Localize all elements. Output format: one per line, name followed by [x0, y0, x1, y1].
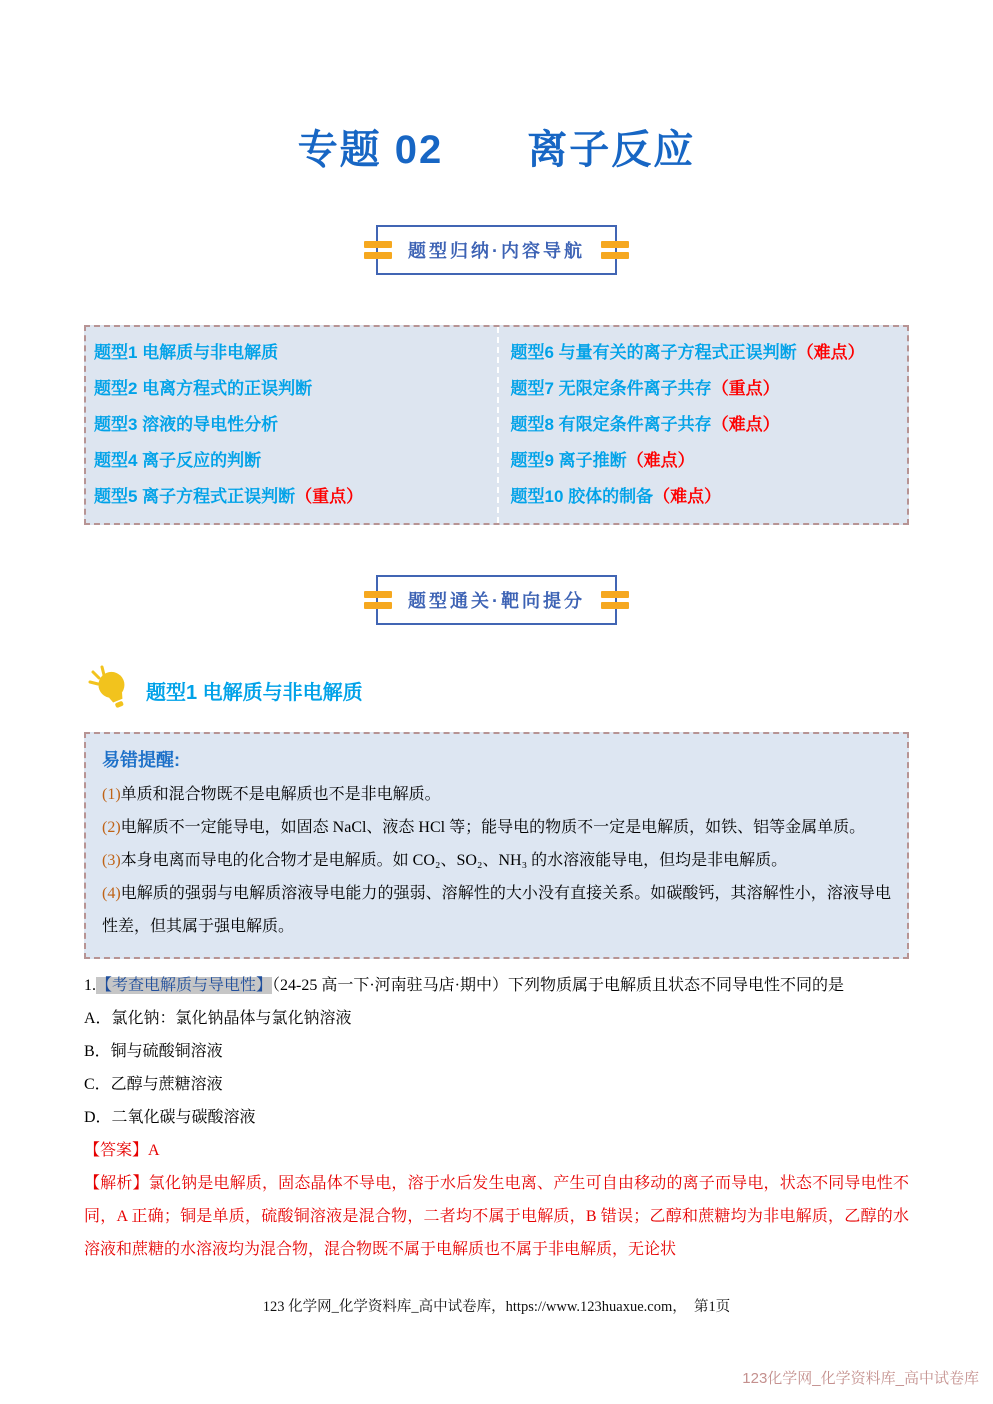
option-a: A．氯化钠：氯化钠晶体与氯化钠溶液 [84, 1002, 909, 1035]
nav-item-label: 题型2 电离方程式的正误判断 [94, 379, 312, 398]
tip-number: (1) [102, 786, 121, 803]
nav-column-left: 题型1 电解质与非电解质 题型2 电离方程式的正误判断 题型3 溶液的导电性分析… [86, 327, 497, 523]
tip-item-1: (1)单质和混合物既不是电解质也不是非电解质。 [102, 778, 891, 811]
tip-item-4: (4)电解质的强弱与电解质溶液导电能力的强弱、溶解性的大小没有直接关系。如碳酸钙… [102, 877, 891, 943]
nav-item-10: 题型10 胶体的制备（难点） [511, 479, 908, 515]
nav-item-label: 题型5 离子方程式正误判断 [94, 487, 295, 506]
nav-item-8: 题型8 有限定条件离子共存（难点） [511, 407, 908, 443]
nav-item-label: 题型10 胶体的制备 [511, 487, 654, 506]
option-b: B．铜与硫酸铜溶液 [84, 1035, 909, 1068]
tip-text: 单质和混合物既不是电解质也不是非电解质。 [121, 786, 441, 803]
banner-boost-label: 题型通关·靶向提分 [408, 591, 585, 611]
lightbulb-icon [88, 665, 130, 716]
question-number: 1. [84, 977, 96, 994]
page-footer: 123 化学网_化学资料库_高中试卷库，https://www.123huaxu… [0, 1295, 993, 1316]
nav-item-label: 题型8 有限定条件离子共存 [511, 415, 712, 434]
nav-item-label: 题型6 与量有关的离子方程式正误判断 [511, 343, 797, 362]
question-stem-text: 下列物质属于电解质且状态不同导电性不同的是 [508, 977, 844, 994]
tip-item-2: (2)电解质不一定能导电，如固态 NaCl、液态 HCl 等；能导电的物质不一定… [102, 811, 891, 844]
page-title: 专题 02 离子反应 [0, 0, 993, 175]
banner-content-nav: 题型归纳·内容导航 [376, 225, 617, 275]
document-page: 专题 02 离子反应 题型归纳·内容导航 题型1 电解质与非电解质 题型2 电离… [0, 0, 993, 1404]
tip-number: (3) [102, 852, 121, 869]
nav-item-label: 题型9 离子推断 [511, 451, 627, 470]
nav-item-tag: （难点） [627, 451, 695, 470]
double-bar-icon [364, 237, 392, 263]
nav-item-tag: （重点） [295, 487, 363, 506]
tip-text: 电解质的强弱与电解质溶液导电能力的强弱、溶解性的大小没有直接关系。如碳酸钙，其溶… [102, 885, 891, 935]
nav-item-tag: （重点） [712, 379, 780, 398]
nav-item-7: 题型7 无限定条件离子共存（重点） [511, 371, 908, 407]
double-bar-icon [601, 237, 629, 263]
nav-column-right: 题型6 与量有关的离子方程式正误判断（难点） 题型7 无限定条件离子共存（重点）… [497, 327, 908, 523]
question-stem: 1.【考查电解质与导电性】（24-25 高一下·河南驻马店·期中）下列物质属于电… [84, 969, 909, 1002]
nav-item-2: 题型2 电离方程式的正误判断 [94, 371, 497, 407]
section-title: 题型1 电解质与非电解质 [146, 676, 363, 705]
double-bar-icon [364, 587, 392, 613]
nav-item-label: 题型7 无限定条件离子共存 [511, 379, 712, 398]
nav-item-9: 题型9 离子推断（难点） [511, 443, 908, 479]
option-d: D．二氧化碳与碳酸溶液 [84, 1101, 909, 1134]
answer-label: 【答案】 [84, 1142, 148, 1159]
answer-line: 【答案】A [84, 1134, 909, 1167]
double-bar-icon [601, 587, 629, 613]
nav-item-label: 题型4 离子反应的判断 [94, 451, 261, 470]
nav-item-label: 题型1 电解质与非电解质 [94, 343, 278, 362]
question-source: （24-25 高一下·河南驻马店·期中） [272, 977, 508, 994]
nav-item-tag: （难点） [653, 487, 721, 506]
analysis-label: 【解析】 [84, 1175, 149, 1192]
question-1: 1.【考查电解质与导电性】（24-25 高一下·河南驻马店·期中）下列物质属于电… [84, 969, 909, 1266]
tip-number: (2) [102, 819, 121, 836]
banner-score-boost: 题型通关·靶向提分 [376, 575, 617, 625]
analysis-paragraph: 【解析】氯化钠是电解质，固态晶体不导电，溶于水后发生电离、产生可自由移动的离子而… [84, 1167, 909, 1266]
nav-item-6: 题型6 与量有关的离子方程式正误判断（难点） [511, 335, 908, 371]
tip-item-3: (3)本身电离而导电的化合物才是电解质。如 CO₂、SO₂、NH₃ 的水溶液能导… [102, 844, 891, 877]
nav-item-4: 题型4 离子反应的判断 [94, 443, 497, 479]
nav-item-tag: （难点） [712, 415, 780, 434]
tip-text: 本身电离而导电的化合物才是电解质。如 CO₂、SO₂、NH₃ 的水溶液能导电，但… [121, 852, 788, 869]
tip-number: (4) [102, 885, 121, 902]
analysis-text: 氯化钠是电解质，固态晶体不导电，溶于水后发生电离、产生可自由移动的离子而导电，状… [84, 1175, 909, 1258]
tips-heading: 易错提醒: [102, 746, 891, 772]
error-reminder-box: 易错提醒: (1)单质和混合物既不是电解质也不是非电解质。 (2)电解质不一定能… [84, 732, 909, 959]
nav-item-label: 题型3 溶液的导电性分析 [94, 415, 278, 434]
nav-item-5: 题型5 离子方程式正误判断（重点） [94, 479, 497, 515]
banner-nav-label: 题型归纳·内容导航 [408, 241, 585, 261]
tip-text: 电解质不一定能导电，如固态 NaCl、液态 HCl 等；能导电的物质不一定是电解… [121, 819, 865, 836]
nav-item-1: 题型1 电解质与非电解质 [94, 335, 497, 371]
watermark: 123化学网_化学资料库_高中试卷库 [742, 1367, 979, 1388]
nav-item-3: 题型3 溶液的导电性分析 [94, 407, 497, 443]
option-c: C．乙醇与蔗糖溶液 [84, 1068, 909, 1101]
nav-item-tag: （难点） [797, 343, 865, 362]
question-topic-tag: 【考查电解质与导电性】 [96, 977, 272, 994]
answer-value: A [148, 1142, 160, 1159]
question-type-nav-grid: 题型1 电解质与非电解质 题型2 电离方程式的正误判断 题型3 溶液的导电性分析… [84, 325, 909, 525]
